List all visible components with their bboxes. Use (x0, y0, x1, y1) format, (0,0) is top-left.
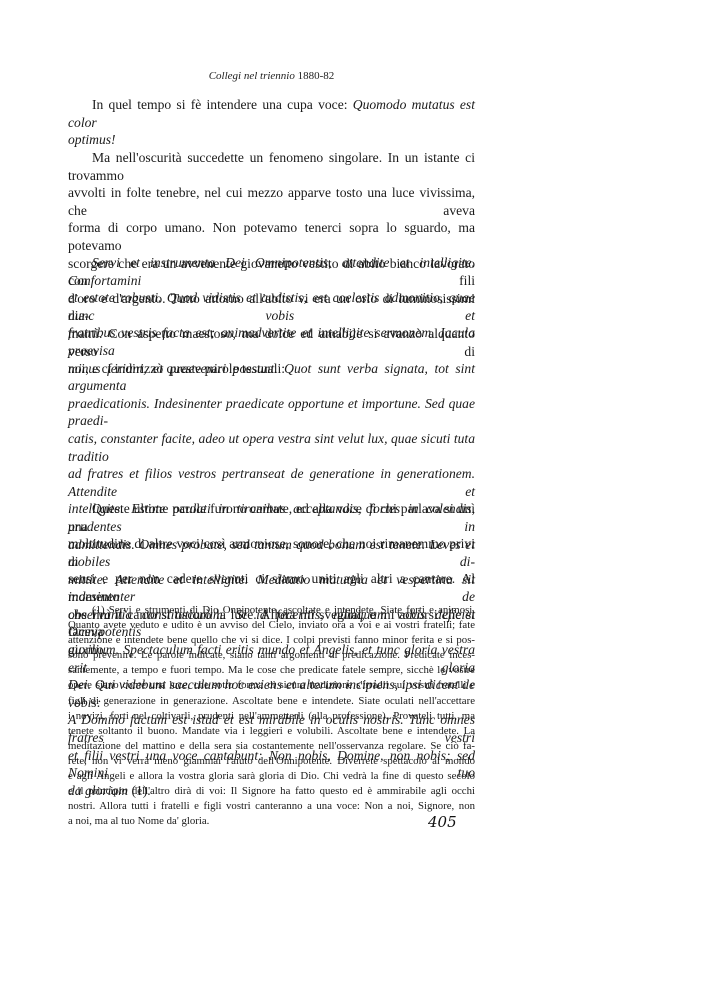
text-line: Servi et instrumenta Dei Omnipotentis, a… (68, 254, 475, 289)
footnote-line: i novizi, forti nel coltivarli, prudenti… (68, 709, 475, 724)
page-number: 405 (428, 813, 457, 831)
text-line: ad fratres et filios vestros pertranseat… (68, 465, 475, 500)
footnote-line: e agli Angeli e allora la vostra gloria … (68, 769, 475, 784)
footnote-line: e il principio dell'altro dirà di voi: I… (68, 784, 475, 799)
text-line: praedicationis. Indesinenter praedicate … (68, 395, 475, 430)
footnote-line: rete, non vi verrà meno giammai l'aiuto … (68, 754, 475, 769)
text-line: avvolti in folte tenebre, nel cui mezzo … (68, 184, 475, 219)
text-line: minus feriunt, et praeveniri possunt. Qu… (68, 360, 475, 395)
footnote-line: a noi, ma al tuo Nome da' gloria. (68, 814, 475, 829)
running-head: Collegi nel triennio 1880-82 (68, 70, 475, 82)
text-line: fratribus vestris facta est; animadverti… (68, 324, 475, 359)
text-line: moltitudine di altre voci così armoniose… (68, 535, 475, 570)
footnote-line: sono prevenire. Le parole indicate, sian… (68, 648, 475, 663)
text-line: catis, constanter facite, adeo ut opera … (68, 430, 475, 465)
running-head-years: 1880-82 (298, 70, 335, 82)
footnote-line: meditazione del mattino e della sera sia… (68, 739, 475, 754)
text-line: et estote robusti. Quod vidistis et audi… (68, 289, 475, 324)
footnote-line: opere siano come una luce, che sotto for… (68, 678, 475, 693)
footnote-1: (1) Servi e strumenti di Dio Onnipotente… (68, 603, 475, 829)
text-line: forma di corpo umano. Non potevamo tener… (68, 219, 475, 254)
footnote-line: nostri. Allora tutti i fratelli e figli … (68, 799, 475, 814)
footnote-line: tenete soltanto il buono. Mandate via i … (68, 724, 475, 739)
text-line: Queste ultime parole furono cantate, ed … (68, 500, 475, 535)
footnote-line: santemente, a tempo e fuori tempo. Ma le… (68, 663, 475, 678)
footnote-line: attenzione e intendete bene quello che v… (68, 633, 475, 648)
text-line: In quel tempo si fè intendere una cupa v… (68, 96, 475, 131)
text-line: Ma nell'oscurità succedette un fenomeno … (68, 149, 475, 184)
paragraph-1: In quel tempo si fè intendere una cupa v… (68, 96, 475, 149)
footnote-line: figli di generazione in generazione. Asc… (68, 694, 475, 709)
text-line: sensi e per non cadere svenuti ci siamo … (68, 570, 475, 605)
footnote-line: (1) Servi e strumenti di Dio Onnipotente… (68, 603, 475, 618)
footnote-line: Quanto avete veduto e udito è un avviso … (68, 618, 475, 633)
text-line: optimus! (68, 131, 475, 149)
running-head-title: Collegi nel triennio (209, 70, 295, 82)
